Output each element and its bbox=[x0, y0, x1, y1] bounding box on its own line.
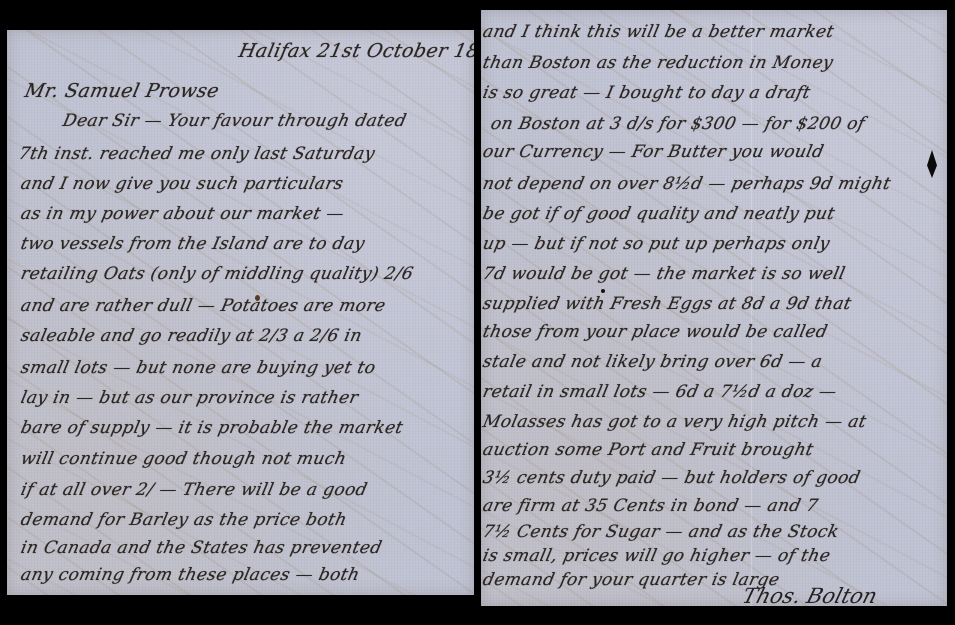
letter-line: demand for your quarter is large bbox=[481, 572, 781, 589]
letter-line: will continue good though not much bbox=[19, 451, 348, 468]
letter-line: auction some Port and Fruit brought bbox=[481, 442, 815, 459]
letter-line: bare of supply — it is probable the mark… bbox=[19, 420, 404, 437]
letter-line: lay in — but as our province is rather bbox=[19, 390, 360, 407]
letter-line: Dear Sir — Your favour through dated bbox=[61, 113, 408, 130]
letter-line: and are rather dull — Potatoes are more bbox=[19, 298, 387, 315]
letter-line: demand for Barley as the price both bbox=[19, 512, 348, 529]
letter-line: retail in small lots — 6d a 7½d a doz — bbox=[481, 384, 838, 401]
left-page-text: Halifax 21st October 1863 Mr. Samuel Pro… bbox=[7, 30, 474, 595]
letter-page-right: and I think this will be a better market… bbox=[481, 10, 947, 606]
letter-line: not depend on over 8½d — perhaps 9d migh… bbox=[481, 176, 892, 193]
letter-line: in Canada and the States has prevented bbox=[19, 540, 383, 557]
letter-line: than Boston as the reduction in Money bbox=[481, 55, 835, 72]
salutation-recipient: Mr. Samuel Prowse bbox=[23, 82, 221, 101]
letter-line: and I think this will be a better market bbox=[481, 24, 835, 41]
letter-line: is so great — I bought to day a draft bbox=[481, 85, 812, 102]
letter-line: Molasses has got to a very high pitch — … bbox=[481, 414, 868, 431]
letter-line: retailing Oats (only of middling quality… bbox=[19, 266, 415, 283]
letter-line: on Boston at 3 d/s for $300 — for $200 o… bbox=[489, 116, 866, 133]
dateline: Halifax 21st October 1863 bbox=[237, 42, 474, 61]
letter-line: two vessels from the Island are to day bbox=[19, 236, 366, 253]
letter-line: are firm at 35 Cents in bond — and 7 bbox=[481, 498, 819, 515]
letter-line: stale and not likely bring over 6d — a bbox=[481, 354, 824, 371]
letter-line: our Currency — For Butter you would bbox=[481, 144, 825, 161]
letter-line: saleable and go readily at 2/3 a 2/6 in bbox=[19, 328, 363, 345]
letter-line: 7th inst. reached me only last Saturday bbox=[17, 146, 376, 163]
letter-line: up — but if not so put up perhaps only bbox=[481, 236, 831, 253]
letter-line: as in my power about our market — bbox=[19, 206, 345, 223]
letter-line: be got if of good quality and neatly put bbox=[481, 206, 836, 223]
ink-spot bbox=[255, 295, 260, 301]
ink-spot bbox=[601, 289, 605, 293]
right-page-text: and I think this will be a better market… bbox=[481, 10, 947, 606]
letter-line: 7½ Cents for Sugar — and as the Stock bbox=[481, 524, 840, 541]
letter-line: and I now give you such particulars bbox=[19, 176, 345, 193]
letter-line: supplied with Fresh Eggs at 8d a 9d that bbox=[481, 296, 853, 313]
letter-line: 3½ cents duty paid — but holders of good bbox=[481, 470, 862, 487]
letter-line: is small, prices will go higher — of the bbox=[481, 548, 832, 565]
letter-line: any coming from these places — both bbox=[19, 567, 361, 584]
letter-line: small lots — but none are buying yet to bbox=[19, 360, 377, 377]
letter-page-left: Halifax 21st October 1863 Mr. Samuel Pro… bbox=[7, 30, 474, 595]
signature: Thos. Bolton bbox=[740, 584, 880, 606]
letter-line: those from your place would be called bbox=[481, 324, 829, 341]
letter-line: if at all over 2/ — There will be a good bbox=[19, 482, 369, 499]
letter-line: 7d would be got — the market is so well bbox=[481, 266, 847, 283]
